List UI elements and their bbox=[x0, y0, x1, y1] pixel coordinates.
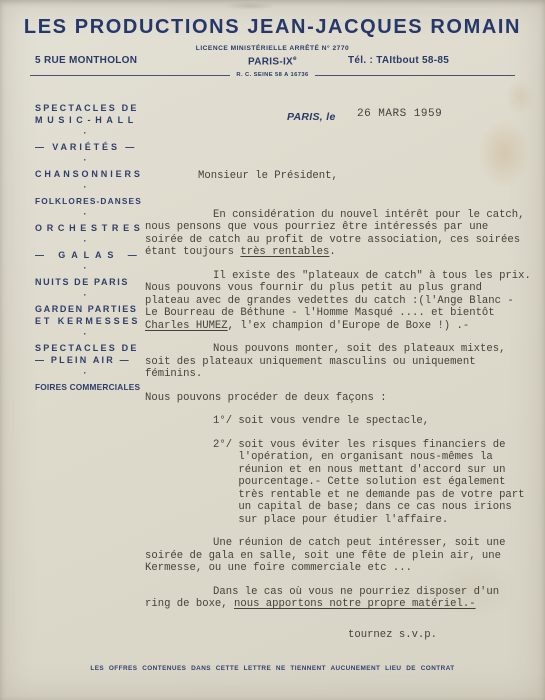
underlined-text: nous apportons notre propre matériel.- bbox=[234, 598, 476, 610]
letter-body: En considération du nouvel intérêt pour … bbox=[145, 209, 537, 611]
text-segment: 1°/ soit vous vendre le spectacle, bbox=[213, 415, 429, 427]
sidebar-item-label: FOIRES COMMERCIALES bbox=[35, 381, 153, 393]
text-segment: Il existe des "plateaux de catch" à tous… bbox=[213, 270, 531, 282]
text-segment: nous pensons que vous pourriez être inté… bbox=[145, 221, 488, 233]
text-line: En considération du nouvel intérêt pour … bbox=[145, 209, 537, 222]
salutation: Monsieur le Président, bbox=[145, 170, 537, 183]
sidebar-item: SPECTACLES DE— PLEIN AIR — bbox=[35, 342, 153, 366]
text-line: pourcentage.- Cette solution est égaleme… bbox=[213, 476, 537, 489]
sidebar-item: GARDEN PARTIESET KERMESSES bbox=[35, 303, 153, 327]
text-line: Nous pouvons procéder de deux façons : bbox=[145, 392, 537, 405]
sidebar-item-label: GARDEN PARTIES bbox=[35, 303, 153, 315]
text-segment: Une réunion de catch peut intéresser, so… bbox=[213, 537, 505, 549]
numbered-item: 1°/ soit vous vendre le spectacle, bbox=[213, 415, 537, 428]
sidebar-separator-dot: · bbox=[35, 234, 135, 249]
sidebar-item: SPECTACLES DEMUSIC-HALL bbox=[35, 102, 153, 126]
text-segment: Nous pouvons monter, soit des plateaux m… bbox=[213, 343, 505, 355]
registry-number: R. C. SEINE 58 A 16736 bbox=[230, 72, 314, 78]
sidebar-item-label: ET KERMESSES bbox=[35, 315, 153, 327]
text-segment: soirée de gala en salle, soit une fête d… bbox=[145, 550, 501, 562]
text-line: féminins. bbox=[145, 368, 537, 381]
rule-line-right bbox=[315, 75, 515, 76]
text-segment: étant toujours bbox=[145, 246, 240, 258]
text-segment: réunion et en nous mettant d'accord sur … bbox=[213, 464, 505, 476]
text-line: très rentable et ne demande pas de votre… bbox=[213, 489, 537, 502]
text-line: nous pensons que vous pourriez être inté… bbox=[145, 221, 537, 234]
text-segment: sur place pour étudier l'affaire. bbox=[213, 514, 448, 526]
text-segment: Nous pouvons vous fournir du plus petit … bbox=[145, 282, 482, 294]
sidebar-item: CHANSONNIERS bbox=[35, 168, 153, 180]
text-line: réunion et en nous mettant d'accord sur … bbox=[213, 464, 537, 477]
text-segment: soirée de catch au profit de votre assoc… bbox=[145, 234, 520, 246]
text-segment: un capital de base; dans ce cas nous iri… bbox=[213, 501, 512, 513]
text-line: soirée de gala en salle, soit une fête d… bbox=[145, 550, 537, 563]
text-line: soirée de catch au profit de votre assoc… bbox=[145, 234, 537, 247]
turn-over-note: tournez s.v.p. bbox=[348, 629, 537, 642]
text-line: soit des plateaux uniquement masculins o… bbox=[145, 356, 537, 369]
text-segment: Kermesse, ou une foire commerciale etc .… bbox=[145, 562, 412, 574]
licence-line: LICENCE MINISTÉRIELLE ARRÊTÉ N° 2770 bbox=[0, 45, 545, 52]
text-segment: très rentable et ne demande pas de votre… bbox=[213, 489, 525, 501]
letter-page: LES PRODUCTIONS JEAN-JACQUES ROMAIN LICE… bbox=[0, 0, 545, 700]
text-segment: ring de boxe, bbox=[145, 598, 234, 610]
text-line: un capital de base; dans ce cas nous iri… bbox=[213, 501, 537, 514]
paragraph: Une réunion de catch peut intéresser, so… bbox=[145, 537, 537, 575]
sidebar-item: ORCHESTRES bbox=[35, 222, 153, 234]
phone-number: Tél. : TAItbout 58-85 bbox=[348, 55, 449, 66]
paragraph: Dans le cas où vous ne pourriez disposer… bbox=[145, 586, 537, 611]
sidebar-separator-dot: · bbox=[35, 261, 135, 276]
text-line: Kermesse, ou une foire commerciale etc .… bbox=[145, 562, 537, 575]
sidebar-item-label: CHANSONNIERS bbox=[35, 168, 153, 180]
text-line: l'opération, en organisant nous-mêmes la bbox=[213, 451, 537, 464]
numbered-item: 2°/ soit vous éviter les risques financi… bbox=[213, 439, 537, 527]
text-line: Il existe des "plateaux de catch" à tous… bbox=[145, 270, 537, 283]
text-segment: Le Bourreau de Béthune - l'Homme Masqué … bbox=[145, 307, 495, 319]
sidebar-item-label: — PLEIN AIR — bbox=[35, 354, 153, 366]
sidebar-item-label: MUSIC-HALL bbox=[35, 114, 153, 126]
text-segment: En considération du nouvel intérêt pour … bbox=[213, 209, 525, 221]
text-line: Le Bourreau de Béthune - l'Homme Masqué … bbox=[145, 307, 537, 320]
text-line: Une réunion de catch peut intéresser, so… bbox=[145, 537, 537, 550]
paragraph: Nous pouvons monter, soit des plateaux m… bbox=[145, 343, 537, 381]
paper-stain bbox=[505, 80, 535, 114]
footer-disclaimer: LES OFFRES CONTENUES DANS CETTE LETTRE N… bbox=[0, 665, 545, 672]
paragraph: Il existe des "plateaux de catch" à tous… bbox=[145, 270, 537, 333]
text-line: 2°/ soit vous éviter les risques financi… bbox=[213, 439, 537, 452]
letter-body-container: Monsieur le Président, En considération … bbox=[145, 170, 537, 641]
sidebar-item: — GALAS — bbox=[35, 249, 153, 261]
city-line: PARIS-IXe bbox=[0, 55, 545, 67]
paragraph: Nous pouvons procéder de deux façons : bbox=[145, 392, 537, 405]
text-segment: Nous pouvons procéder de deux façons : bbox=[145, 392, 387, 404]
text-segment: . bbox=[329, 246, 335, 258]
sidebar-item: FOLKLORES-DANSES bbox=[35, 195, 153, 207]
city-superscript: e bbox=[293, 55, 297, 62]
text-segment: pourcentage.- Cette solution est égaleme… bbox=[213, 476, 505, 488]
text-line: étant toujours très rentables. bbox=[145, 246, 537, 259]
text-segment: soit des plateaux uniquement masculins o… bbox=[145, 356, 476, 368]
sidebar-separator-dot: · bbox=[35, 366, 135, 381]
sidebar-separator-dot: · bbox=[35, 288, 135, 303]
text-segment: l'opération, en organisant nous-mêmes la bbox=[213, 451, 493, 463]
text-line: sur place pour étudier l'affaire. bbox=[213, 514, 537, 527]
text-line: 1°/ soit vous vendre le spectacle, bbox=[213, 415, 537, 428]
underlined-text: très rentables bbox=[240, 246, 329, 258]
company-title: LES PRODUCTIONS JEAN-JACQUES ROMAIN bbox=[0, 16, 545, 39]
sidebar-item-label: SPECTACLES DE bbox=[35, 102, 153, 114]
text-line: Dans le cas où vous ne pourriez disposer… bbox=[145, 586, 537, 599]
sidebar: SPECTACLES DEMUSIC-HALL·— VARIÉTÉS —·CHA… bbox=[35, 102, 153, 393]
sidebar-item-label: — GALAS — bbox=[35, 249, 153, 261]
dateline-typed-date: 26 MARS 1959 bbox=[357, 108, 442, 120]
sidebar-separator-dot: · bbox=[35, 126, 135, 141]
sidebar-item: — VARIÉTÉS — bbox=[35, 141, 153, 153]
text-line: ring de boxe, nous apportons notre propr… bbox=[145, 598, 537, 611]
sidebar-item-label: SPECTACLES DE bbox=[35, 342, 153, 354]
text-segment: 2°/ soit vous éviter les risques financi… bbox=[213, 439, 505, 451]
paragraph: En considération du nouvel intérêt pour … bbox=[145, 209, 537, 259]
dateline-printed: PARIS, le bbox=[287, 111, 336, 123]
text-segment: féminins. bbox=[145, 368, 202, 380]
text-segment: Dans le cas où vous ne pourriez disposer… bbox=[213, 586, 499, 598]
registry-rule: R. C. SEINE 58 A 16736 bbox=[30, 72, 515, 78]
sidebar-separator-dot: · bbox=[35, 327, 135, 342]
sidebar-item: FOIRES COMMERCIALES bbox=[35, 381, 153, 393]
city-text: PARIS-IX bbox=[248, 56, 293, 67]
pencil-smudge bbox=[225, 2, 275, 10]
sidebar-item-label: NUITS DE PARIS bbox=[35, 276, 153, 288]
text-line: plateau avec de grandes vedettes du catc… bbox=[145, 295, 537, 308]
sidebar-item-label: — VARIÉTÉS — bbox=[35, 141, 153, 153]
rule-line-left bbox=[30, 75, 230, 76]
text-segment: plateau avec de grandes vedettes du catc… bbox=[145, 295, 514, 307]
sidebar-separator-dot: · bbox=[35, 153, 135, 168]
sidebar-item-label: FOLKLORES-DANSES bbox=[35, 195, 153, 207]
sidebar-separator-dot: · bbox=[35, 180, 135, 195]
sidebar-item: NUITS DE PARIS bbox=[35, 276, 153, 288]
text-line: Charles HUMEZ, l'ex champion d'Europe de… bbox=[145, 320, 537, 333]
text-line: Nous pouvons vous fournir du plus petit … bbox=[145, 282, 537, 295]
text-segment: , l'ex champion d'Europe de Boxe !) .- bbox=[228, 320, 470, 332]
underlined-text: Charles HUMEZ bbox=[145, 320, 228, 332]
sidebar-item-label: ORCHESTRES bbox=[35, 222, 153, 234]
sidebar-separator-dot: · bbox=[35, 207, 135, 222]
text-line: Nous pouvons monter, soit des plateaux m… bbox=[145, 343, 537, 356]
